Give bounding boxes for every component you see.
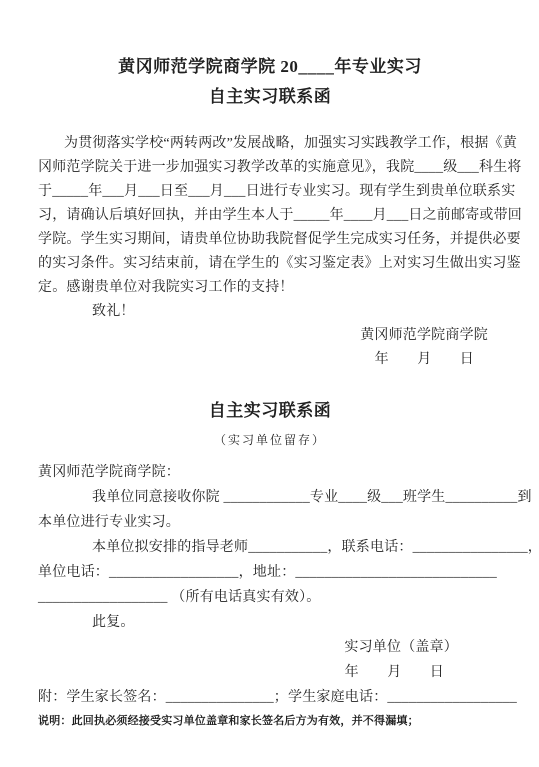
page-subtitle: 自主实习联系函 <box>38 82 502 112</box>
receipt-body: 黄冈师范学院商学院： 我单位同意接收你院 ____________专业____级… <box>38 460 502 732</box>
body-line: 定。感谢贵单位对我院实习工作的支持！ <box>38 276 502 300</box>
signature-date: 年 月 日 <box>38 348 502 372</box>
body-line: 习，请确认后填好回执，并由学生本人于_____年____月___日之前邮寄或带回 <box>38 204 502 228</box>
letter-body: 为贯彻落实学校“两转两改”发展战略，加强实习实践教学工作，根据《黄 冈师范学院关… <box>38 132 502 372</box>
body-line: 冈师范学院关于进一步加强实习教学改革的实施意见》，我院____级___科生将 <box>38 156 502 180</box>
receipt-accept-line: 我单位同意接收你院 ____________专业____级___班学生_____… <box>38 485 502 510</box>
body-line: 学院。学生实习期间，请贵单位协助我院督促学生完成实习任务，并提供必要 <box>38 228 502 252</box>
receipt-accept-line: 本单位进行专业实习。 <box>38 510 502 535</box>
body-line: 于_____年___月___日至___月___日进行专业实习。现有学生到贵单位联… <box>38 180 502 204</box>
body-line: 为贯彻落实学校“两转两改”发展战略，加强实习实践教学工作，根据《黄 <box>38 132 502 156</box>
body-line: 的实习条件。实习结束前，请在学生的《实习鉴定表》上对实习生做出实习鉴 <box>38 252 502 276</box>
salutation: 致礼！ <box>38 300 502 324</box>
receipt-addressee: 黄冈师范学院商学院： <box>38 460 502 485</box>
receipt-teacher-line: 本单位拟安排的指导老师___________，联系电话：____________… <box>38 535 502 560</box>
receipt-signature-date: 年 月 日 <box>38 660 502 685</box>
receipt-signature-org: 实习单位（盖章） <box>38 635 502 660</box>
attachment-line: 附：学生家长签名：_______________；学生家庭电话：________… <box>38 685 502 710</box>
document-page: 黄冈师范学院商学院 20____年专业实习 自主实习联系函 为贯彻落实学校“两转… <box>0 0 539 767</box>
receipt-keep-note: （实习单位留存） <box>38 428 502 452</box>
receipt-heading: 自主实习联系函 <box>38 396 502 426</box>
note-line: 说明：此回执必须经接受实习单位盖章和家长签名后方为有效，并不得漏填； <box>38 710 502 732</box>
receipt-teacher-line: 单位电话：__________________，地址：_____________… <box>38 560 502 585</box>
signature-org: 黄冈师范学院商学院 <box>38 324 502 348</box>
page-title: 黄冈师范学院商学院 20____年专业实习 <box>38 52 502 82</box>
receipt-reply: 此复。 <box>38 610 502 635</box>
receipt-teacher-line: __________________ （所有电话真实有效）。 <box>38 585 502 610</box>
